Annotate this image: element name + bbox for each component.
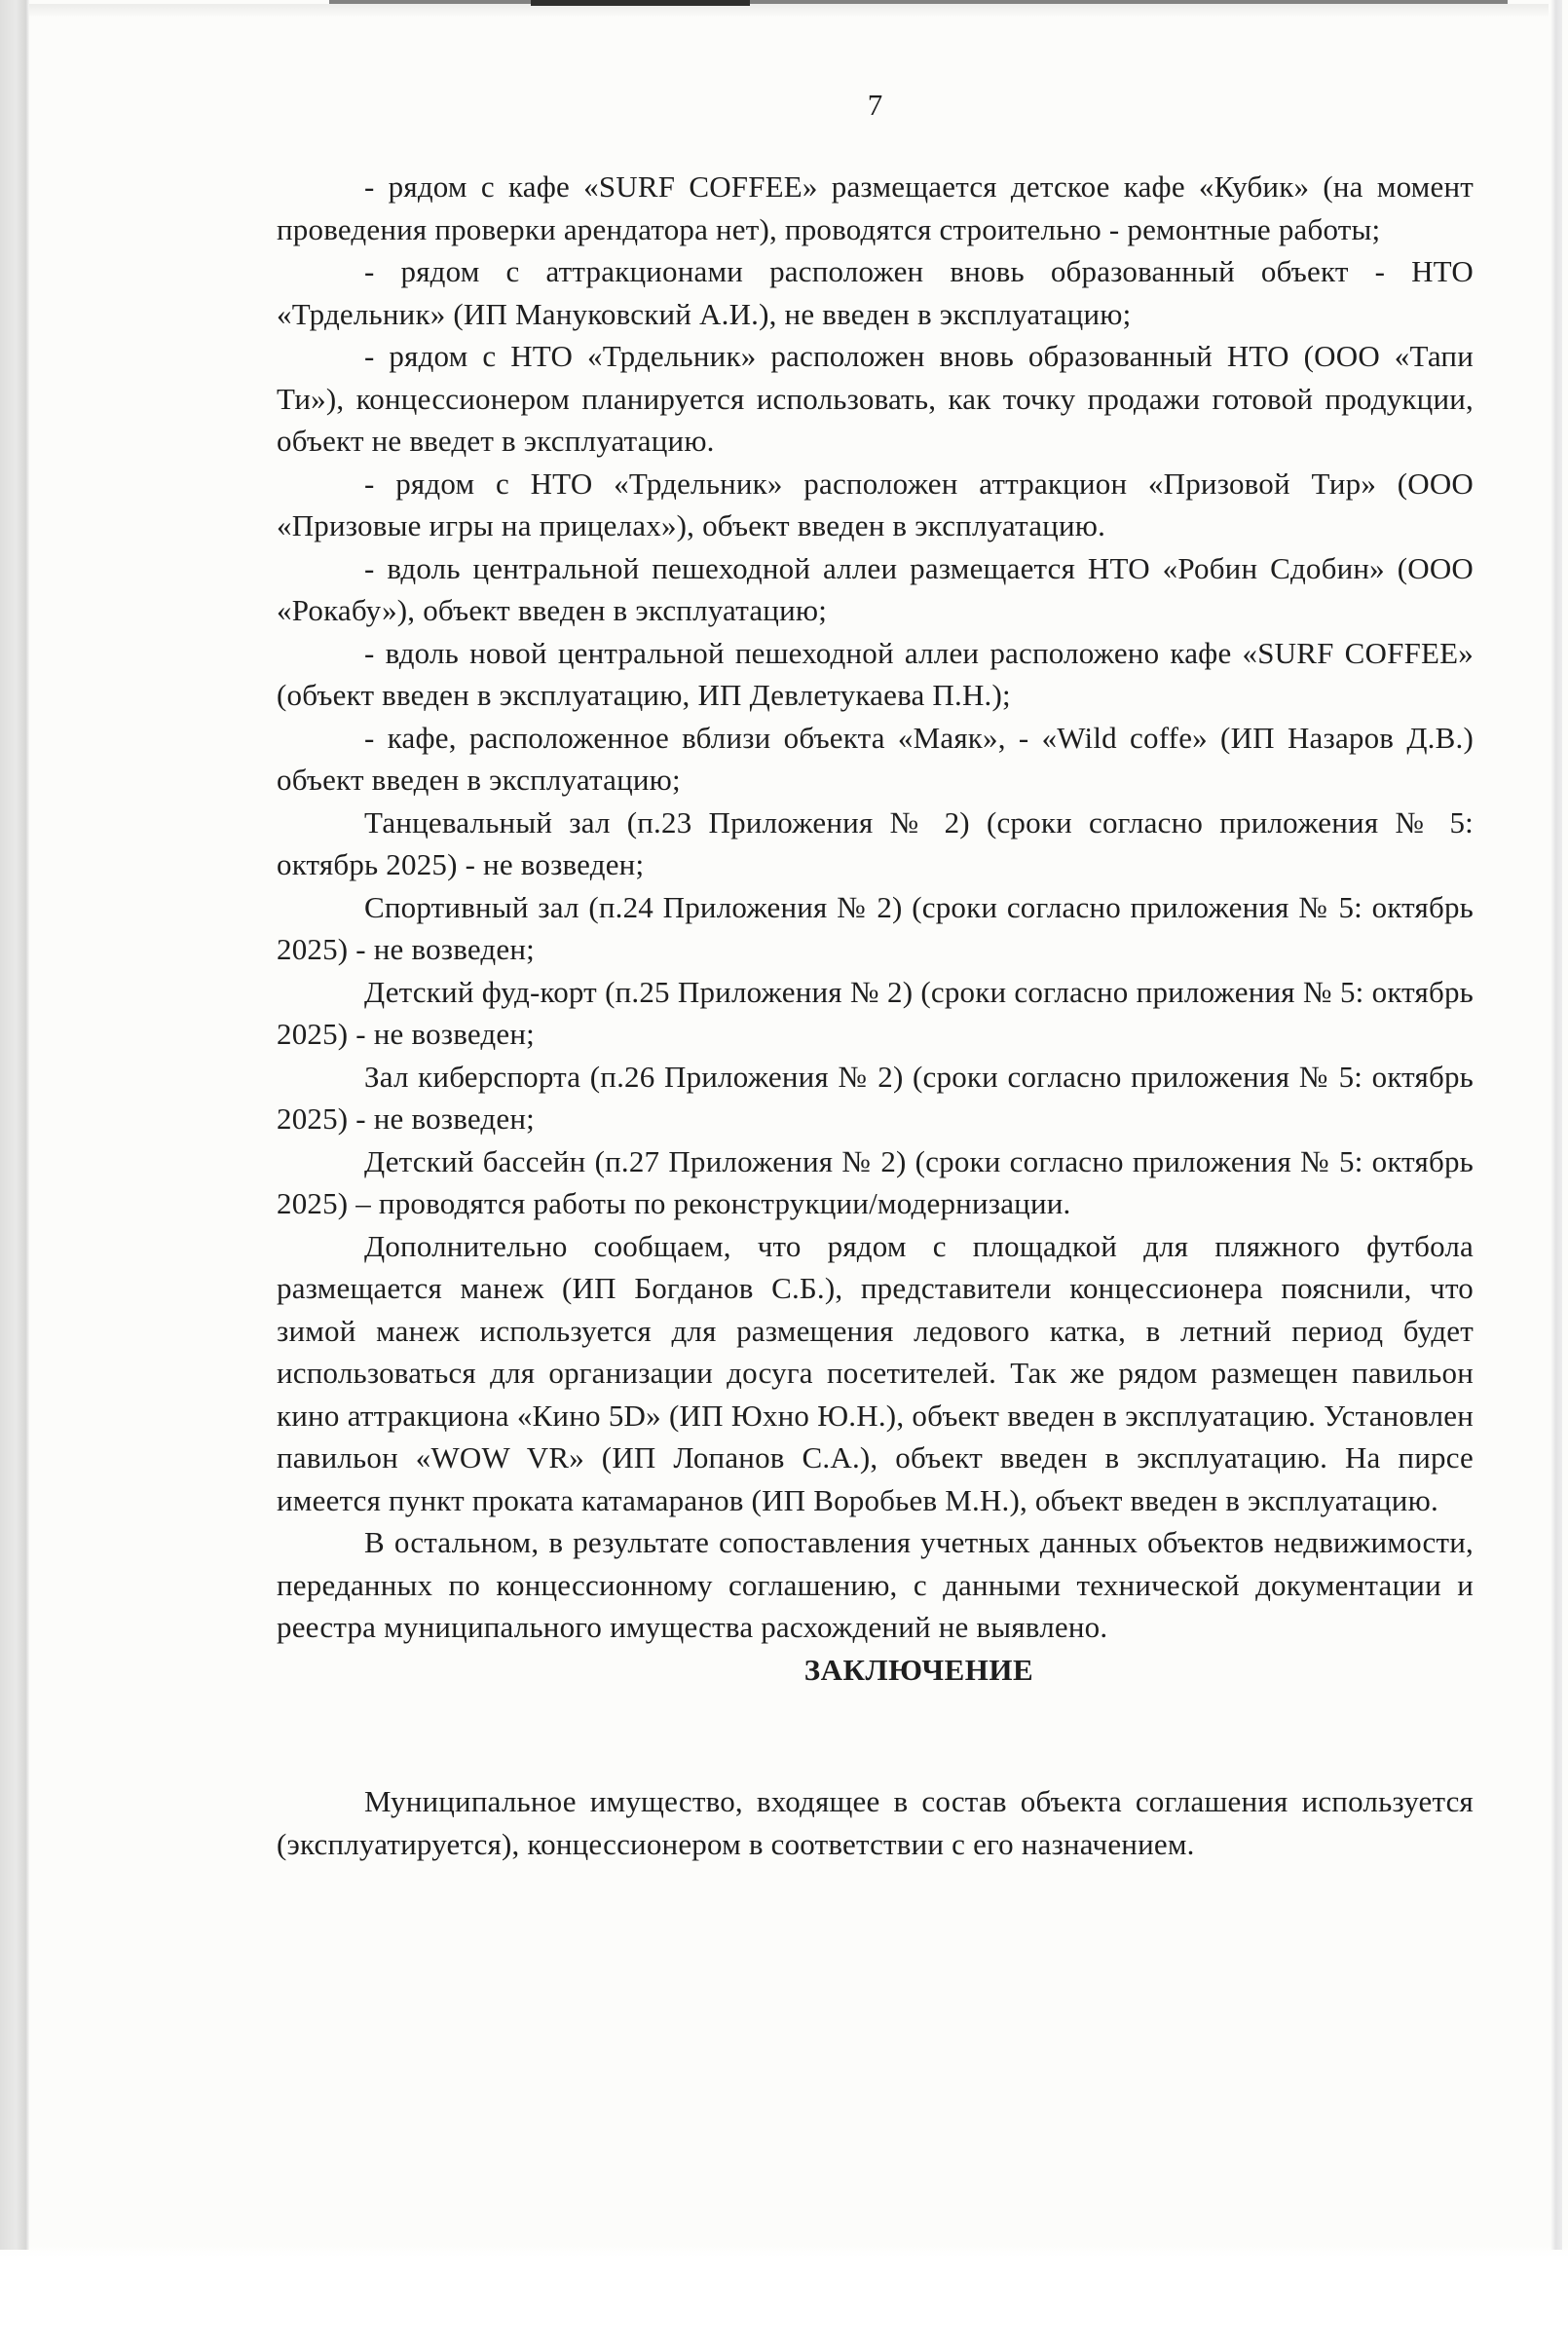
conclusion-heading: ЗАКЛЮЧЕНИЕ <box>277 1649 1474 1692</box>
scan-edge-right <box>1550 0 1562 2250</box>
paragraph-robin-sdobin: - вдоль центральной пешеходной аллеи раз… <box>277 547 1474 632</box>
page-number: 7 <box>277 84 1474 127</box>
paragraph-cybersport-hall: Зал киберспорта (п.26 Приложения № 2) (с… <box>277 1056 1474 1140</box>
paragraph-tapi-ti: - рядом с НТО «Трдельник» расположен вно… <box>277 335 1474 463</box>
paragraph-surf-coffee-alley: - вдоль новой центральной пешеходной алл… <box>277 632 1474 717</box>
conclusion-paragraph: Муниципальное имущество, входящее в сост… <box>277 1780 1474 1865</box>
paragraph-no-discrepancies: В остальном, в результате сопоставления … <box>277 1521 1474 1649</box>
paragraph-wild-coffe: - кафе, расположенное вблизи объекта «Ма… <box>277 717 1474 802</box>
scan-edge-top-dark-segment <box>531 0 750 6</box>
scan-shade-top <box>29 4 1549 18</box>
scan-edge-left <box>0 0 29 2250</box>
paragraph-kids-pool: Детский бассейн (п.27 Приложения № 2) (с… <box>277 1140 1474 1225</box>
scan-edge-top-line <box>329 0 1508 4</box>
paragraph-kids-food-court: Детский фуд-корт (п.25 Приложения № 2) (… <box>277 971 1474 1056</box>
paragraph-additional-info: Дополнительно сообщаем, что рядом с площ… <box>277 1225 1474 1522</box>
scanned-document-page: 7 - рядом с кафе «SURF COFFEE» размещает… <box>0 0 1568 2351</box>
document-body: - рядом с кафе «SURF COFFEE» размещается… <box>277 166 1474 1865</box>
paragraph-trdelnik-new-object: - рядом с аттракционами расположен вновь… <box>277 250 1474 335</box>
paragraph-sport-hall: Спортивный зал (п.24 Приложения № 2) (ср… <box>277 886 1474 971</box>
paragraph-surf-coffee-kubik: - рядом с кафе «SURF COFFEE» размещается… <box>277 166 1474 250</box>
paragraph-dance-hall: Танцевальный зал (п.23 Приложения № 2) (… <box>277 802 1474 886</box>
paragraph-prizovoy-tir: - рядом с НТО «Трдельник» расположен атт… <box>277 463 1474 547</box>
